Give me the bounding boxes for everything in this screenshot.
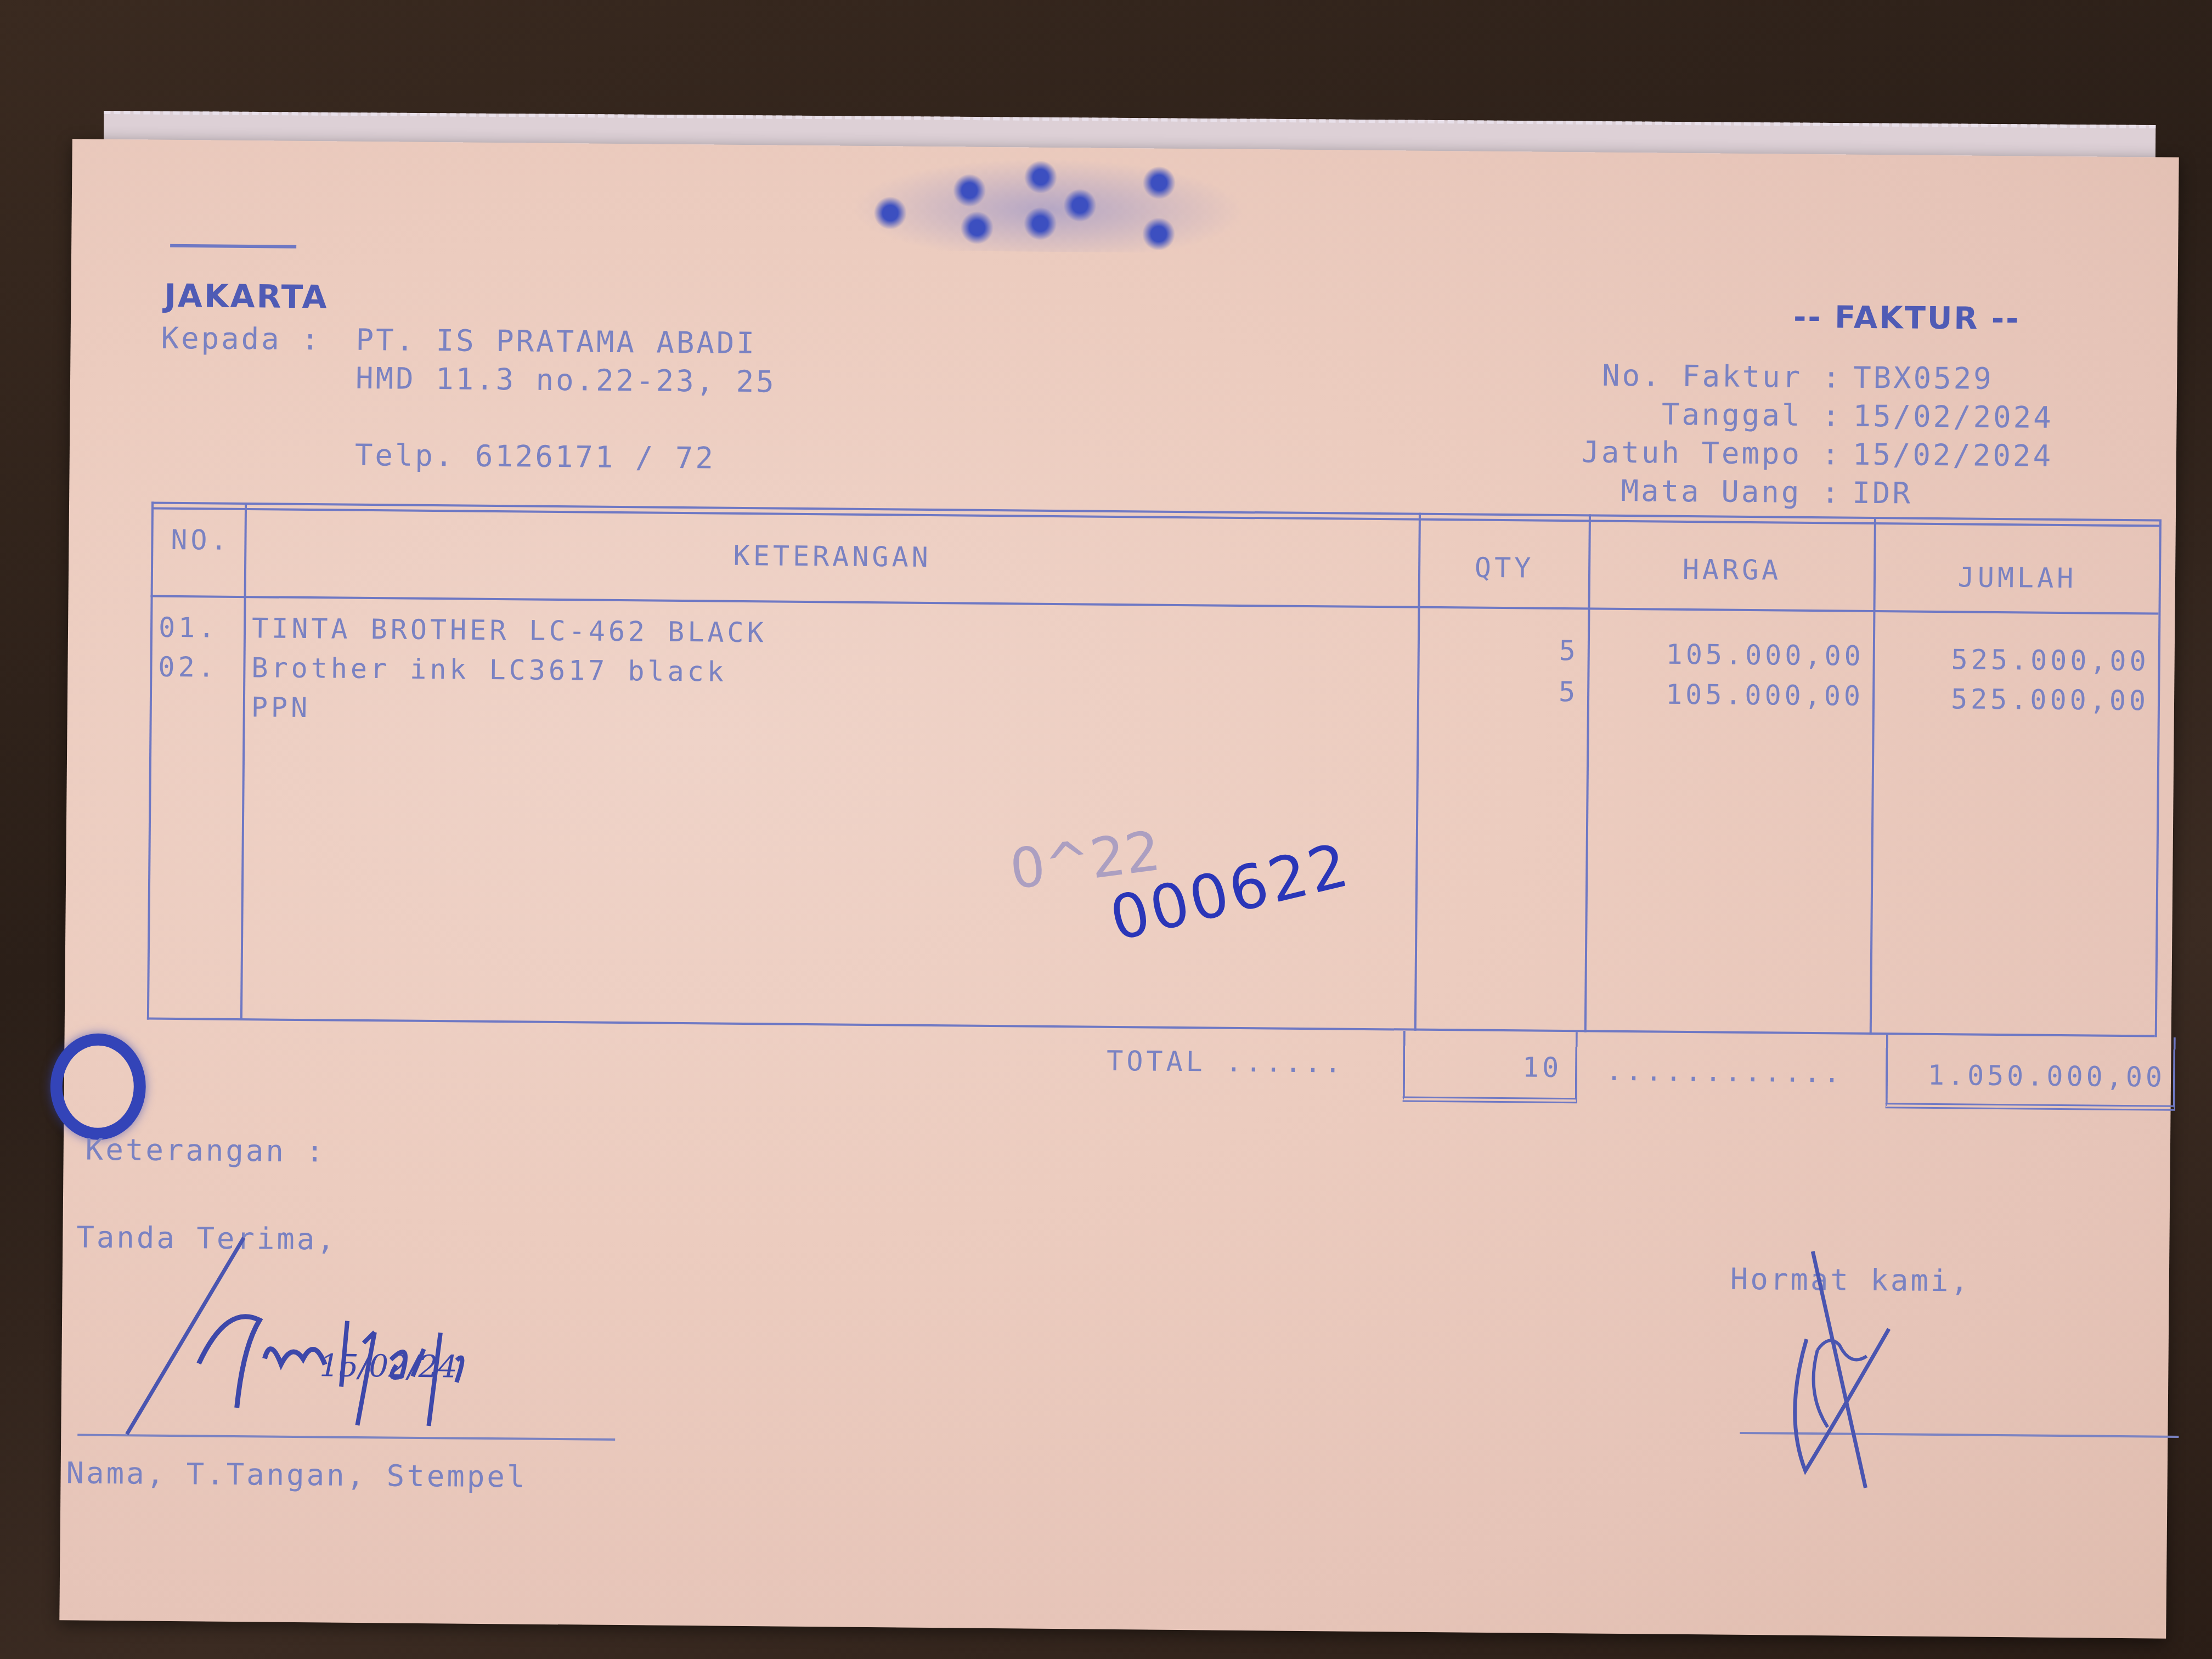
mata-uang-label: Mata Uang : <box>1594 473 1842 510</box>
column-header-qty: QTY <box>1420 551 1588 585</box>
tanggal-value: 15/02/2024 <box>1853 399 2053 435</box>
signature-caption: Nama, T.Tangan, Stempel <box>66 1455 527 1494</box>
ink-stamp-smudge <box>850 157 1246 253</box>
total-dots: ............ <box>1606 1055 1844 1089</box>
recipient-phone: Telp. 6126171 / 72 <box>355 438 716 476</box>
keterangan-label: Keterangan : <box>86 1132 326 1169</box>
col-border <box>1414 513 1421 1031</box>
row-keterangan: Brother ink LC3617 black <box>251 652 727 688</box>
column-header-jumlah: JUMLAH <box>1876 561 2159 595</box>
mata-uang-value: IDR <box>1852 476 1912 511</box>
row-keterangan: TINTA BROTHER LC-462 BLACK <box>252 612 767 648</box>
row-no: 02. <box>158 651 218 684</box>
total-label: TOTAL ...... <box>1107 1045 1345 1079</box>
column-header-harga: HARGA <box>1590 552 1874 587</box>
table-bottom-border <box>147 1018 2155 1037</box>
receiver-signature-date: 15/02/24 <box>319 1348 458 1385</box>
binder-hole <box>50 1033 146 1141</box>
total-amount: 1.050.000,00 <box>1891 1059 2165 1093</box>
recipient-label: Kepada : <box>161 321 321 357</box>
row-no: 01. <box>159 612 218 644</box>
recipient-name: PT. IS PRATAMA ABADI <box>356 323 757 360</box>
row-harga: 105.000,00 <box>1590 637 1864 672</box>
company-city: JAKARTA <box>164 277 329 316</box>
col-border <box>1870 517 1876 1035</box>
no-faktur-label: No. Faktur : <box>1595 358 1843 395</box>
no-faktur-value: TBX0529 <box>1853 360 1994 396</box>
logo-underline <box>170 244 296 249</box>
document-title: -- FAKTUR -- <box>1793 300 2021 337</box>
row-jumlah: 525.000,00 <box>1875 643 2149 677</box>
invoice-document: JAKARTA Kepada : PT. IS PRATAMA ABADI HM… <box>59 139 2179 1638</box>
col-border <box>1584 514 1591 1032</box>
row-qty: 5 <box>1419 675 1578 708</box>
row-keterangan: PPN <box>251 691 311 724</box>
jatuh-tempo-label: Jatuh Tempo : <box>1540 435 1842 472</box>
column-header-no: NO. <box>156 524 245 556</box>
recipient-address: HMD 11.3 no.22-23, 25 <box>356 361 776 399</box>
col-border <box>240 503 247 1020</box>
table-header-divider <box>151 595 2159 615</box>
col-border <box>147 502 154 1020</box>
row-harga: 105.000,00 <box>1589 678 1864 712</box>
row-jumlah: 525.000,00 <box>1875 682 2149 716</box>
col-border <box>2155 520 2162 1037</box>
jatuh-tempo-value: 15/02/2024 <box>1853 437 2053 473</box>
total-qty: 10 <box>1408 1051 1562 1084</box>
row-qty: 5 <box>1420 634 1579 667</box>
tanggal-label: Tanggal : <box>1595 397 1842 433</box>
column-header-keterangan: KETERANGAN <box>246 535 1418 578</box>
